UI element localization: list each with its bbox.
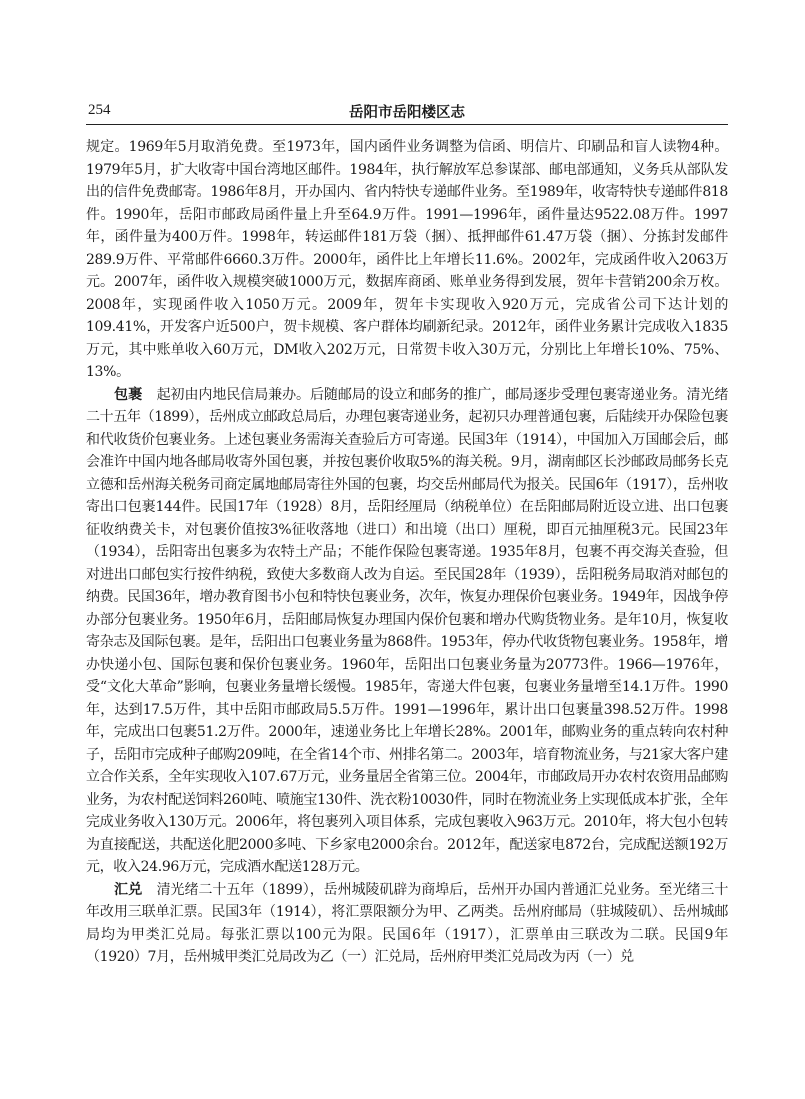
section-lead-parcels: 包裹 <box>114 387 143 403</box>
running-title: 岳阳市岳阳楼区志 <box>86 101 728 122</box>
paragraph-text: 起初由内地民信局兼办。后随邮局的设立和邮务的推广，邮局逐步受理包裹寄递业务。清光… <box>86 387 728 876</box>
body-text: 规定。1969年5月取消免费。至1973年，国内函件业务调整为信函、明信片、印刷… <box>86 136 728 969</box>
paragraph-text: 规定。1969年5月取消免费。至1973年，国内函件业务调整为信函、明信片、印刷… <box>86 139 728 380</box>
paragraph-parcels: 包裹起初由内地民信局兼办。后随邮局的设立和邮务的推广，邮局逐步受理包裹寄递业务。… <box>86 384 728 879</box>
paragraph-remittance: 汇兑清光绪二十五年（1899），岳州城陵矶辟为商埠后，岳州开办国内普通汇兑业务。… <box>86 879 728 969</box>
paragraph-letters: 规定。1969年5月取消免费。至1973年，国内函件业务调整为信函、明信片、印刷… <box>86 136 728 384</box>
page-header: 254 岳阳市岳阳楼区志 <box>86 98 728 125</box>
paragraph-text: 清光绪二十五年（1899），岳州城陵矶辟为商埠后，岳州开办国内普通汇兑业务。至光… <box>86 882 728 966</box>
section-lead-remittance: 汇兑 <box>114 882 143 898</box>
